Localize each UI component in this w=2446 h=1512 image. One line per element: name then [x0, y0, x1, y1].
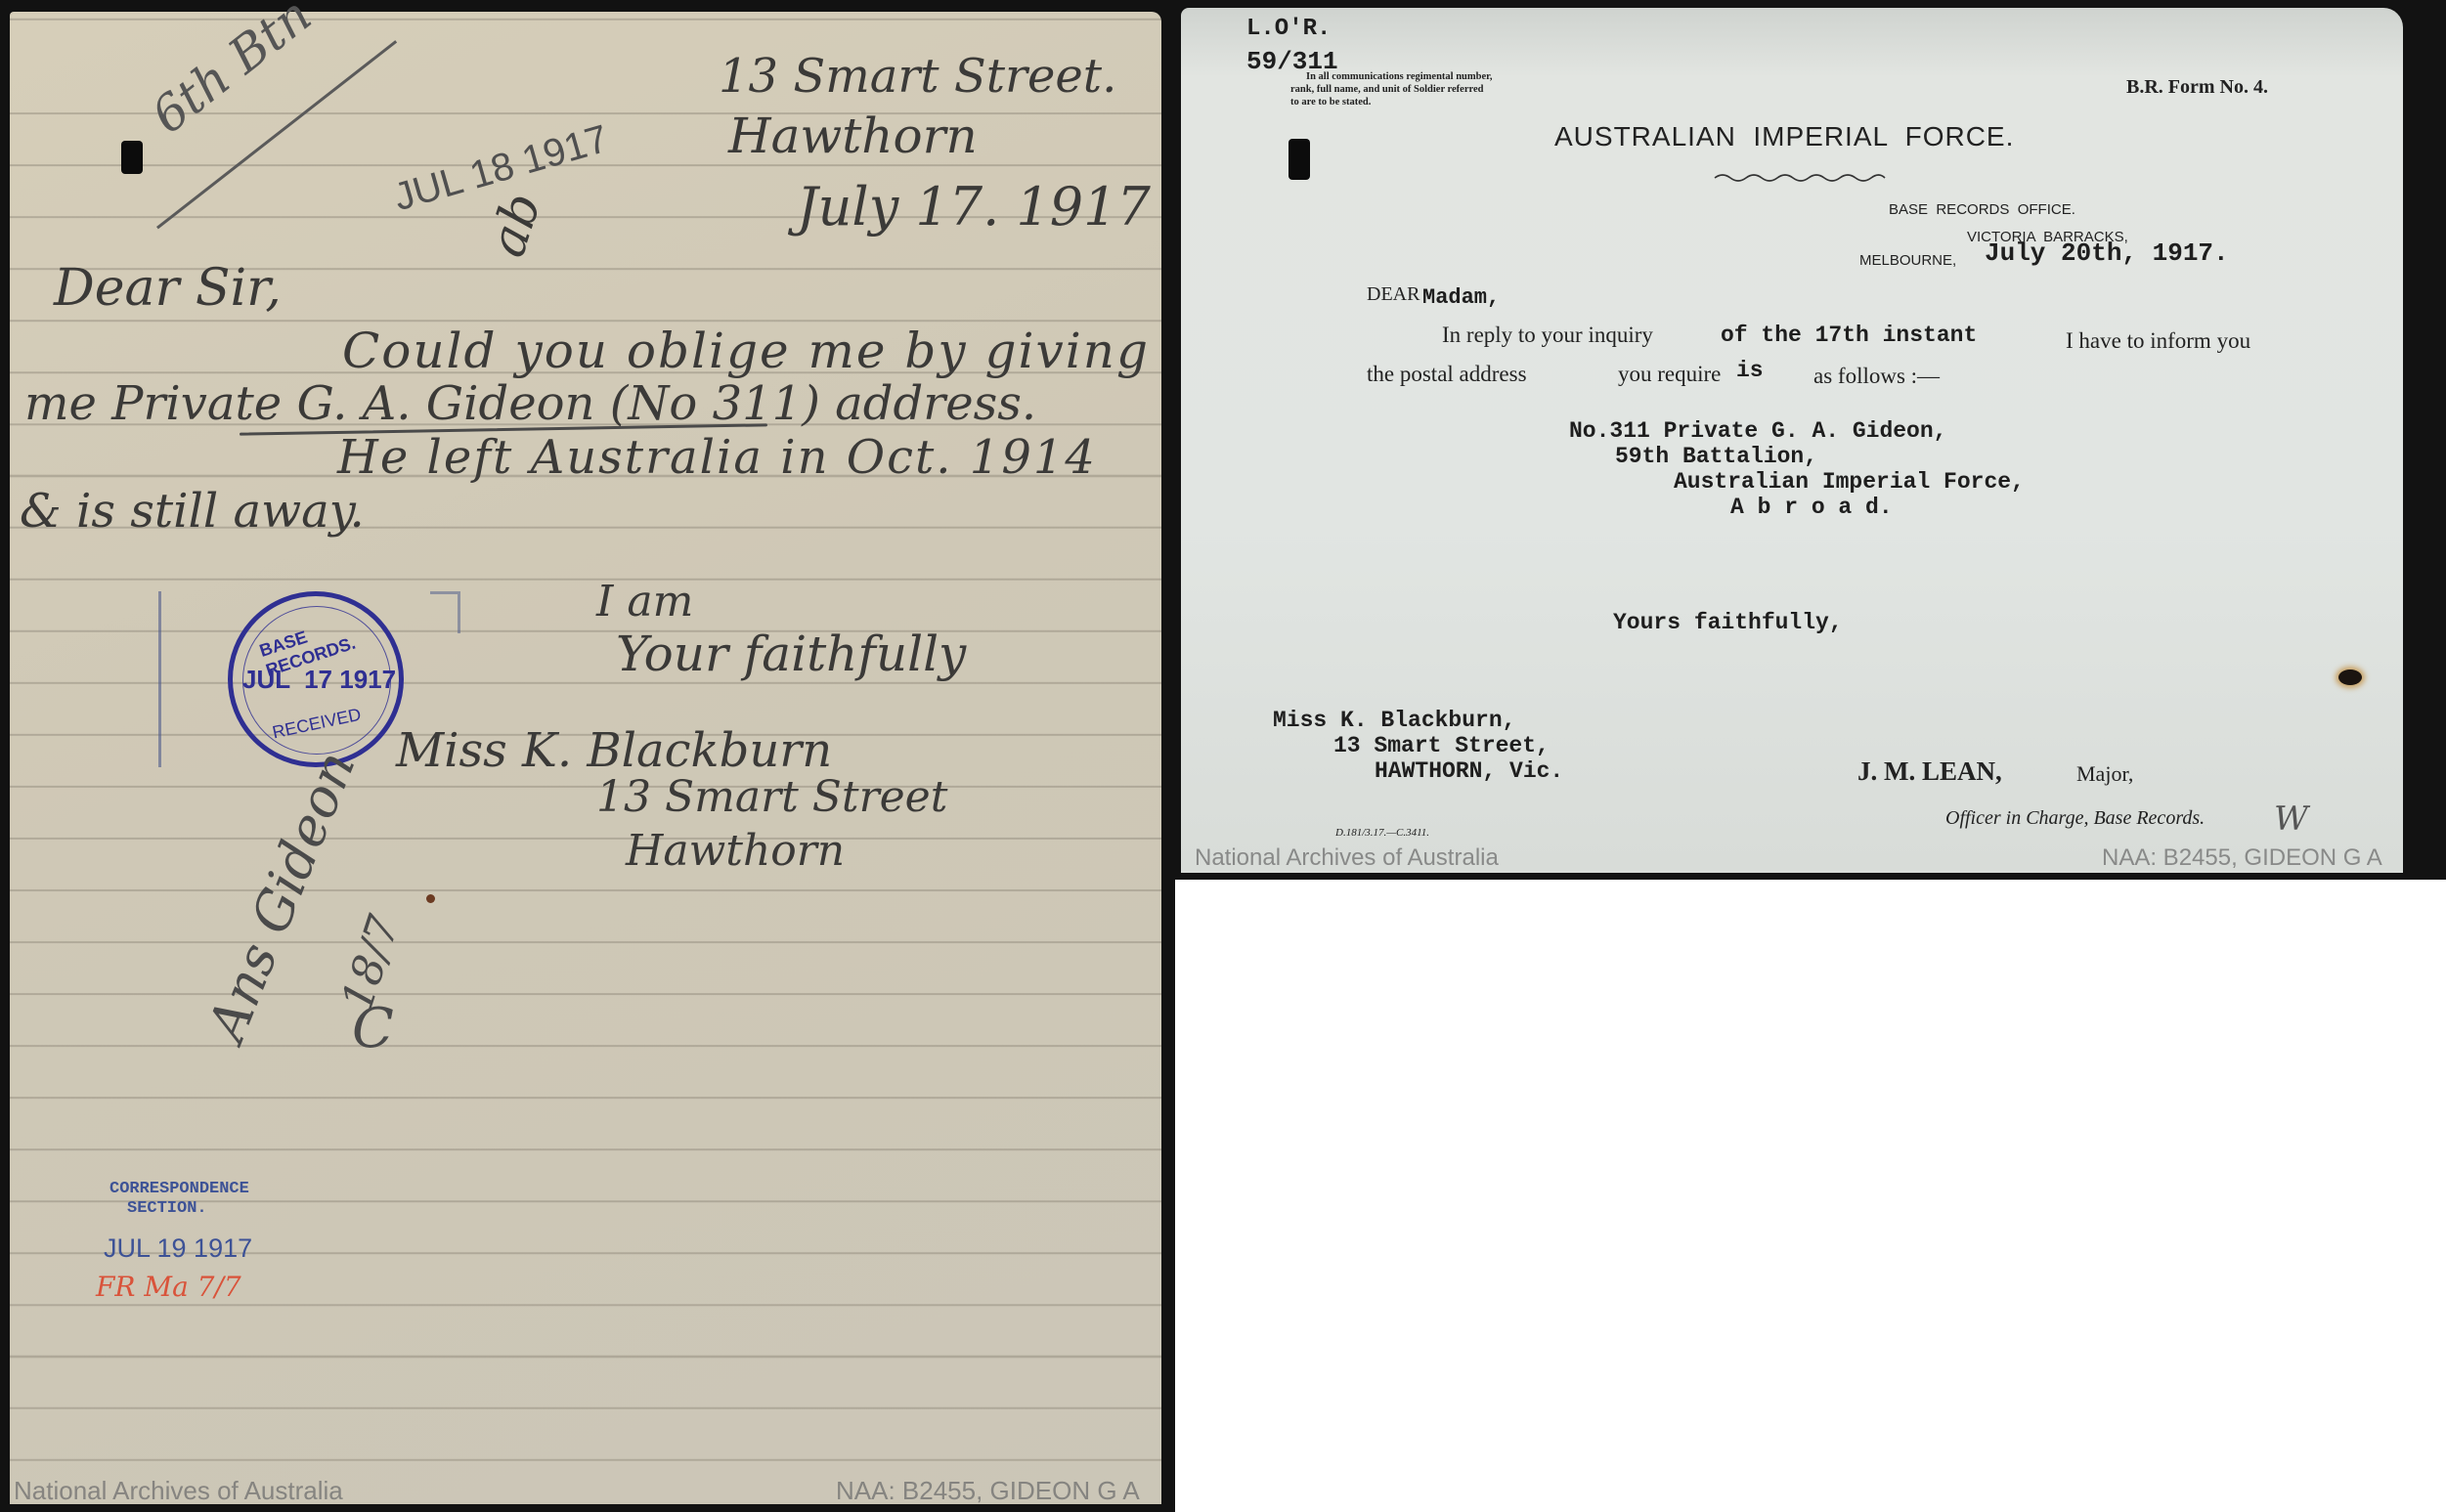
signatory-title: Officer in Charge, Base Records.: [1945, 807, 2205, 830]
base-records-received-stamp: BASE RECORDS. JUL 17 1917 RECEIVED: [228, 591, 404, 767]
stamp-date: JUL 17 1917: [242, 665, 396, 695]
sender-address-street: 13 Smart Street.: [719, 49, 1116, 104]
salutation: Dear Sir,: [54, 259, 282, 318]
correspondence-stamp-line2: SECTION.: [127, 1199, 207, 1218]
body-printed-1: In reply to your inquiry: [1442, 323, 1653, 348]
recipient-line-1: Miss K. Blackburn,: [1273, 708, 1515, 733]
correspondence-stamp-date: JUL 19 1917: [104, 1233, 252, 1264]
correspondence-stamp-line1: CORRESPONDENCE: [109, 1180, 249, 1198]
soldier-address-line-3: Australian Imperial Force,: [1674, 469, 2025, 495]
office-city: MELBOURNE,: [1859, 252, 1956, 269]
signature-address-suburb: Hawthorn: [626, 826, 845, 876]
body-printed-5: as follows :—: [1813, 364, 1940, 389]
body-printed-3: the postal address: [1367, 362, 1527, 387]
salutation-typed: Madam,: [1422, 285, 1500, 310]
body-line-4: & is still away.: [20, 484, 365, 539]
signatory-rank: Major,: [2076, 761, 2133, 787]
red-initials: FR Ma 7/7: [96, 1271, 241, 1303]
sender-address-suburb: Hawthorn: [728, 108, 978, 164]
form-number: B.R. Form No. 4.: [2126, 76, 2268, 99]
watermark-archives: National Archives of Australia: [1195, 844, 1499, 872]
soldier-address-line-4: A b r o a d.: [1730, 495, 1893, 520]
reply-date: July 20th, 1917.: [1985, 238, 2229, 268]
initials-mark: W: [2274, 799, 2308, 839]
body-line-2: me Private G. A. Gideon (No 311) address…: [24, 376, 1036, 431]
body-line-1: Could you oblige me by giving: [342, 323, 1150, 379]
letter-date: July 17. 1917: [797, 176, 1151, 238]
office-name: BASE RECORDS OFFICE.: [1889, 201, 2075, 218]
watermark-reference: NAA: B2455, GIDEON G A: [836, 1476, 1140, 1506]
bracket-mark: [430, 591, 460, 633]
signatory-name: J. M. LEAN,: [1857, 756, 2002, 787]
watermark-reference: NAA: B2455, GIDEON G A: [2102, 844, 2382, 872]
body-typed-is: is: [1736, 358, 1764, 383]
burn-mark: [2338, 670, 2362, 685]
closing-line-1: I am: [596, 577, 693, 626]
signature-address-street: 13 Smart Street: [596, 772, 947, 822]
closing-line-2: Your faithfully: [616, 626, 966, 682]
instruction-note: In all communications regimental number,…: [1290, 70, 1492, 108]
punch-hole-icon: [121, 141, 143, 174]
signature: Miss K. Blackburn: [396, 723, 832, 778]
soldier-address-line-1: No.311 Private G. A. Gideon,: [1569, 418, 1946, 444]
instruction-line: In all communications regimental number,: [1290, 70, 1492, 83]
body-line-3: He left Australia in Oct. 1914: [337, 430, 1097, 485]
decorative-wave-rule: [1713, 170, 1889, 184]
margin-note-c: C: [352, 997, 394, 1060]
punch-hole-icon: [1289, 139, 1310, 180]
watermark-archives: National Archives of Australia: [14, 1476, 343, 1506]
file-reference-initials: L.O'R.: [1246, 16, 1331, 42]
recipient-line-2: 13 Smart Street,: [1333, 733, 1550, 758]
instruction-line: rank, full name, and unit of Soldier ref…: [1290, 83, 1492, 96]
ink-spot: [426, 894, 435, 903]
closing: Yours faithfully,: [1613, 610, 1843, 635]
bracket-mark: [158, 591, 161, 767]
body-printed-4: you require: [1618, 362, 1721, 387]
print-code: D.181/3.17.—C.3411.: [1335, 827, 1429, 839]
instruction-line: to are to be stated.: [1290, 96, 1492, 108]
salutation-printed: DEAR: [1367, 283, 1420, 306]
soldier-address-line-2: 59th Battalion,: [1615, 444, 1817, 469]
body-printed-2: I have to inform you: [2066, 328, 2250, 354]
body-typed-inquiry-date: of the 17th instant: [1721, 323, 1977, 348]
letterhead-title: AUSTRALIAN IMPERIAL FORCE.: [1554, 121, 2014, 152]
recipient-line-3: HAWTHORN, Vic.: [1375, 758, 1563, 784]
